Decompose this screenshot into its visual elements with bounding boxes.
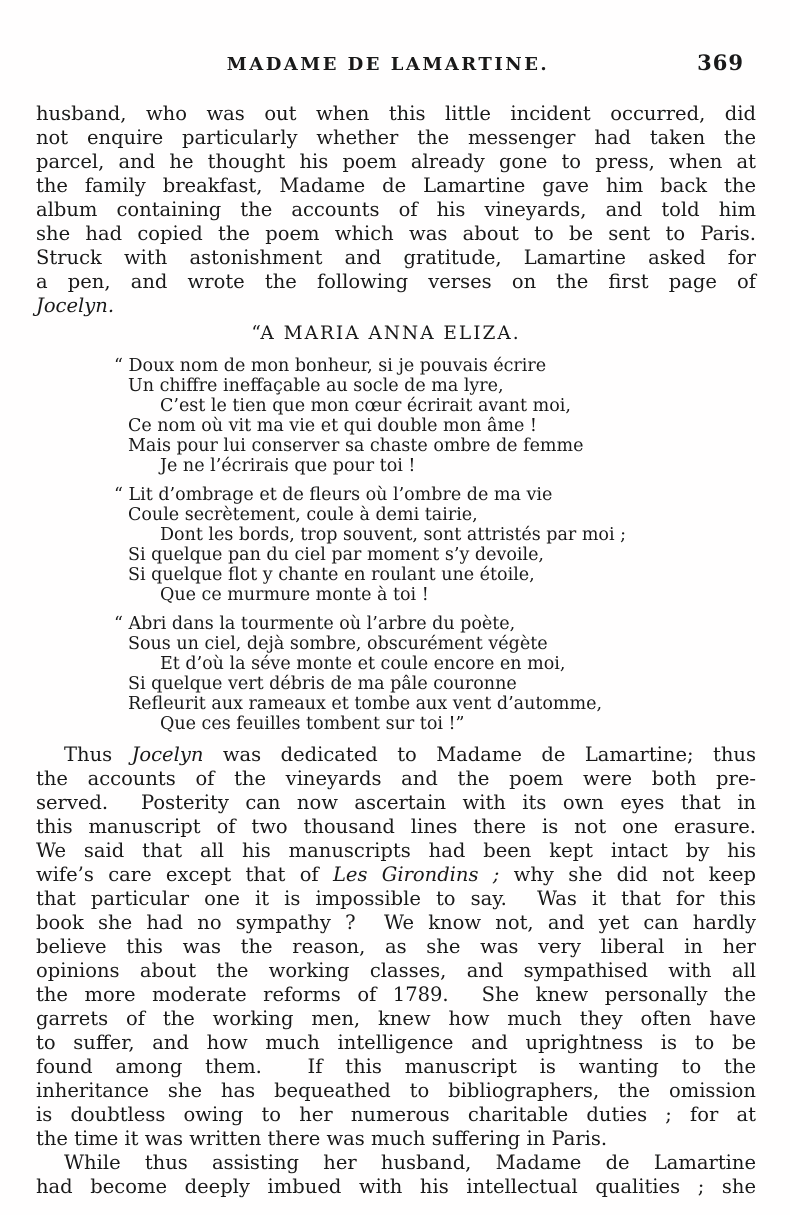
paragraph-continuation: husband, who was out when this little in… bbox=[36, 102, 756, 318]
paragraph-dedication: Thus Jocelyn was dedicated to Madame de … bbox=[36, 743, 756, 1151]
poem-stanza-1: “ Doux nom de mon bonheur, si je pouvais… bbox=[128, 356, 756, 476]
poem-heading: “A MARIA ANNA ELIZA. bbox=[26, 322, 746, 346]
running-title: MADAME DE LAMARTINE. bbox=[227, 54, 549, 76]
paragraph-closing: While thus assisting her husband, Madame… bbox=[36, 1151, 756, 1199]
page-number: 369 bbox=[557, 52, 756, 74]
page-header: MADAME DE LAMARTINE. 369 bbox=[36, 0, 756, 76]
poem-stanza-3: “ Abri dans la tourmente où l’arbre du p… bbox=[128, 614, 756, 734]
book-page: MADAME DE LAMARTINE. 369 husband, who wa… bbox=[0, 0, 790, 1215]
page-body: husband, who was out when this little in… bbox=[36, 102, 756, 1199]
poem-stanza-2: “ Lit d’ombrage et de fleurs où l’ombre … bbox=[128, 485, 756, 605]
